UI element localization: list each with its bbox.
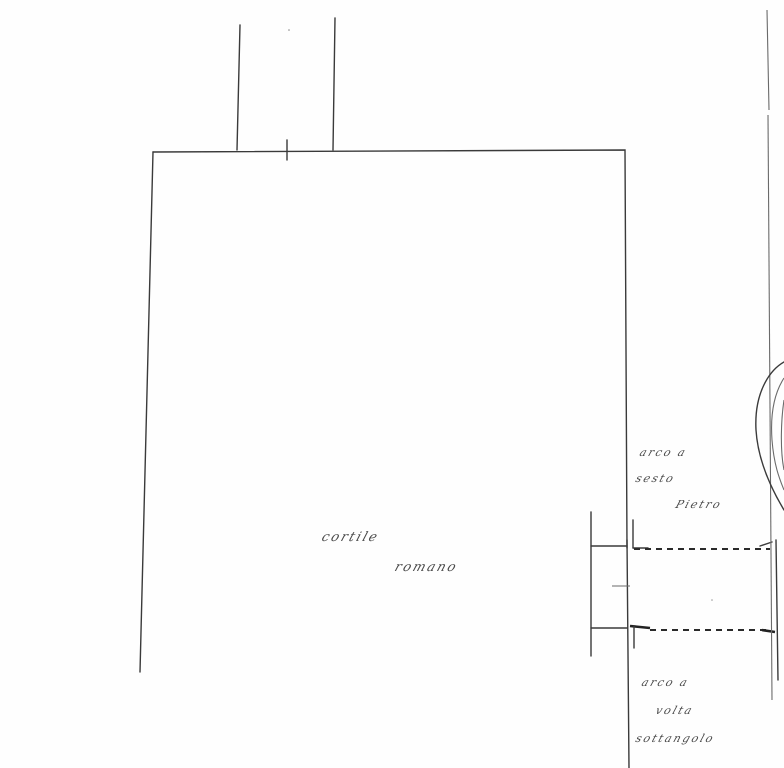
courtyard-label-line2: romano xyxy=(393,560,460,575)
upper-arch-label-line3: Pietro xyxy=(674,498,724,511)
right-wall xyxy=(767,10,778,700)
courtyard-label-line1: cortile xyxy=(320,530,381,545)
lower-arch-label-line3: sottangolo xyxy=(634,732,717,745)
entry-passage xyxy=(237,18,335,160)
drawing-sheet: cortile romano arco a sesto Pietro arco … xyxy=(0,0,784,768)
side-passage xyxy=(591,512,775,768)
floor-plan-drawing xyxy=(0,0,784,768)
upper-arch-label-line2: sesto xyxy=(634,472,677,485)
upper-arch-label-line1: arco a xyxy=(638,446,689,459)
lower-arch-label-line1: arco a xyxy=(640,676,691,689)
main-room-outline xyxy=(140,150,627,672)
lower-arch-label-line2: volta xyxy=(654,704,696,717)
